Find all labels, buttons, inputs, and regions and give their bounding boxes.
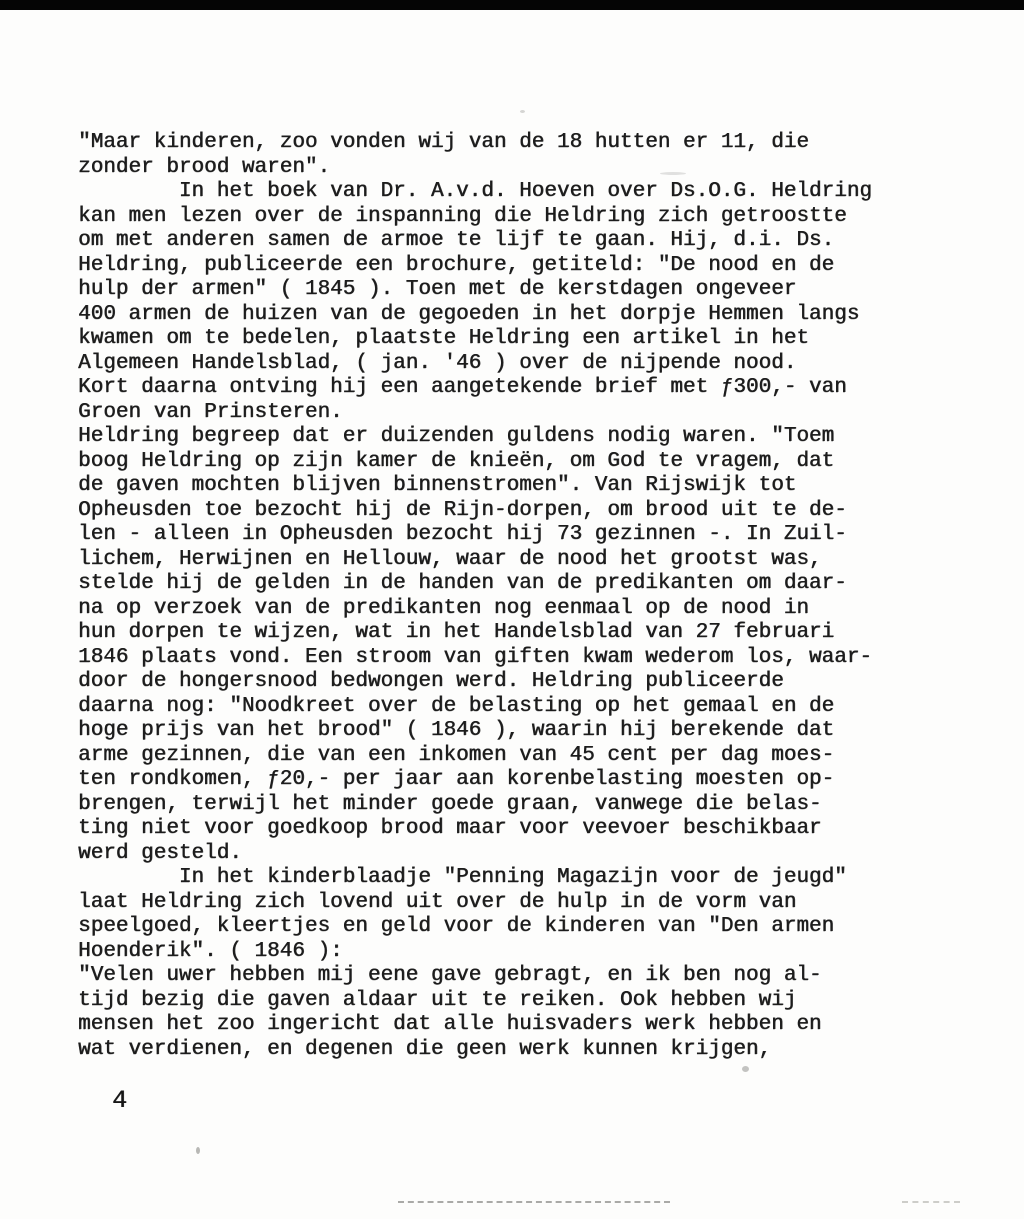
text-line: na op verzoek van de predikanten nog een… [78,597,872,622]
text-line: In het kinderblaadje "Penning Magazijn v… [78,866,872,891]
scan-speckle [660,172,686,175]
page-number: 4 [112,1086,127,1115]
text-line: kan men lezen over de inspanning die Hel… [78,205,872,230]
text-line: Opheusden toe bezocht hij de Rijn-dorpen… [78,499,872,524]
text-line: de gaven mochten blijven binnenstromen".… [78,474,872,499]
text-line: "Velen uwer hebben mij eene gave gebragt… [78,964,872,989]
scan-speckle [742,1066,749,1072]
text-line: Heldring, publiceerde een brochure, geti… [78,254,872,279]
text-line: laat Heldring zich lovend uit over de hu… [78,891,872,916]
text-line: ten rondkomen, ƒ20,- per jaar aan korenb… [78,768,872,793]
text-line: ting niet voor goedkoop brood maar voor … [78,817,872,842]
text-line: zonder brood waren". [78,156,872,181]
text-line: daarna nog: "Noodkreet over de belasting… [78,695,872,720]
text-line: hun dorpen te wijzen, wat in het Handels… [78,621,872,646]
text-line: hoge prijs van het brood" ( 1846 ), waar… [78,719,872,744]
text-line: len - alleen in Opheusden bezocht hij 73… [78,523,872,548]
text-line: In het boek van Dr. A.v.d. Hoeven over D… [78,180,872,205]
text-line: 400 armen de huizen van de gegoeden in h… [78,303,872,328]
text-line: werd gesteld. [78,842,872,867]
text-line: Algemeen Handelsblad, ( jan. '46 ) over … [78,352,872,377]
text-line: door de hongersnood bedwongen werd. Held… [78,670,872,695]
scan-edge-artifact [0,0,1024,10]
text-line: "Maar kinderen, zoo vonden wij van de 18… [78,131,872,156]
text-line: Hoenderik". ( 1846 ): [78,940,872,965]
scan-speckle [520,110,525,113]
text-line: Groen van Prinsteren. [78,401,872,426]
text-line: Kort daarna ontving hij een aangetekende… [78,376,872,401]
text-line: 1846 plaats vond. Een stroom van giften … [78,646,872,671]
text-line: om met anderen samen de armoe te lijf te… [78,229,872,254]
text-line: stelde hij de gelden in de handen van de… [78,572,872,597]
text-line: hulp der armen" ( 1845 ). Toen met de ke… [78,278,872,303]
text-line: kwamen om te bedelen, plaatste Heldring … [78,327,872,352]
text-line: lichem, Herwijnen en Hellouw, waar de no… [78,548,872,573]
text-line: boog Heldring op zijn kamer de knieën, o… [78,450,872,475]
scan-noise-dashed-line-right [902,1201,960,1203]
text-line: wat verdienen, en degenen die geen werk … [78,1038,872,1063]
scan-speckle [196,1147,200,1154]
text-line: tijd bezig die gaven aldaar uit te reike… [78,989,872,1014]
text-line: Heldring begreep dat er duizenden gulden… [78,425,872,450]
text-line: mensen het zoo ingericht dat alle huisva… [78,1013,872,1038]
text-line: brengen, terwijl het minder goede graan,… [78,793,872,818]
body-text: "Maar kinderen, zoo vonden wij van de 18… [78,131,872,1062]
text-line: arme gezinnen, die van een inkomen van 4… [78,744,872,769]
text-line: speelgoed, kleertjes en geld voor de kin… [78,915,872,940]
scan-noise-dashed-line [398,1201,670,1203]
